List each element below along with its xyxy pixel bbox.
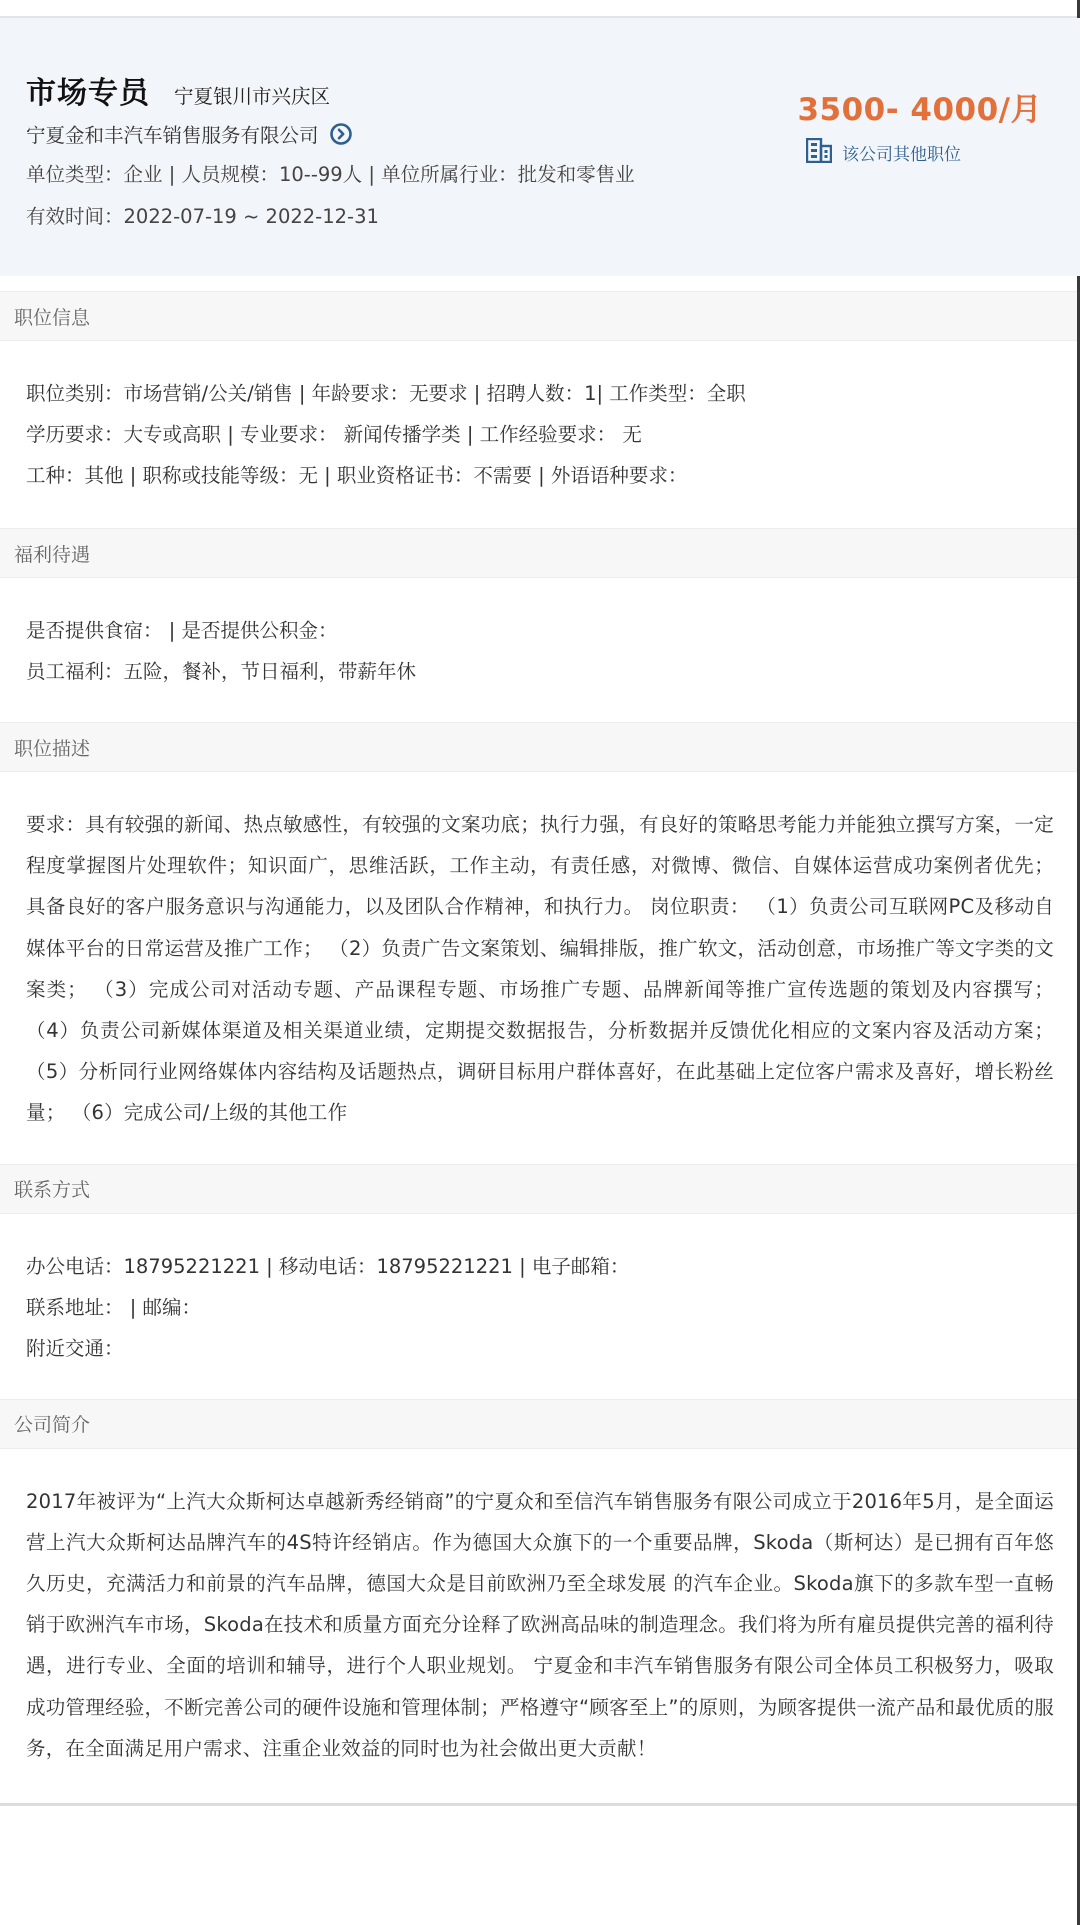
company-intro-text: 2017年被评为“上汽大众斯柯达卓越新秀经销商”的宁夏众和至信汽车销售服务有限公… (26, 1481, 1054, 1769)
company-intro-body: 2017年被评为“上汽大众斯柯达卓越新秀经销商”的宁夏众和至信汽车销售服务有限公… (0, 1449, 1080, 1803)
benefits-line: 员工福利：五险，餐补，节日福利，带薪年休 (26, 651, 1054, 692)
job-info-line: 学历要求：大专或高职 | 专业要求： 新闻传播学类 | 工作经验要求： 无 (26, 414, 1054, 455)
job-info-body: 职位类别：市场营销/公关/销售 | 年龄要求：无要求 | 招聘人数：1| 工作类… (0, 341, 1080, 528)
spacer (0, 276, 1080, 291)
benefits-body: 是否提供食宿： | 是否提供公积金： 员工福利：五险，餐补，节日福利，带薪年休 (0, 578, 1080, 722)
building-icon (806, 138, 832, 167)
section-title: 公司简介 (14, 1410, 90, 1437)
description-body: 要求：具有较强的新闻、热点敏感性，有较强的文案功底；执行力强，有良好的策略思考能… (0, 772, 1080, 1164)
section-title: 福利待遇 (14, 540, 90, 567)
top-strip (0, 0, 1080, 18)
section-header-contact: 联系方式 (0, 1164, 1080, 1214)
section-title: 联系方式 (14, 1175, 90, 1202)
job-info-line: 工种：其他 | 职称或技能等级：无 | 职业资格证书：不需要 | 外语语种要求： (26, 455, 1054, 496)
section-header-company-intro: 公司简介 (0, 1399, 1080, 1449)
bottom-divider (0, 1803, 1080, 1806)
chevron-right-circle-icon[interactable] (329, 122, 353, 146)
section-title: 职位信息 (14, 303, 90, 330)
contact-phone-line: 办公电话：18795221221 | 移动电话：18795221221 | 电子… (26, 1246, 1054, 1287)
job-info-line: 职位类别：市场营销/公关/销售 | 年龄要求：无要求 | 招聘人数：1| 工作类… (26, 373, 1054, 414)
validity-period: 有效时间：2022-07-19 ~ 2022-12-31 (26, 196, 1054, 238)
contact-address-line: 联系地址： | 邮编： (26, 1287, 1054, 1328)
section-title: 职位描述 (14, 734, 90, 761)
other-jobs-label[interactable]: 该公司其他职位 (842, 140, 961, 165)
section-header-job-info: 职位信息 (0, 291, 1080, 341)
salary-range: 3500- 4000/月 (797, 84, 1042, 129)
company-name-link[interactable]: 宁夏金和丰汽车销售服务有限公司 (26, 120, 319, 148)
contact-body: 办公电话：18795221221 | 移动电话：18795221221 | 电子… (0, 1214, 1080, 1399)
other-jobs-button[interactable]: 该公司其他职位 (806, 138, 961, 167)
job-title: 市场专员 (26, 68, 150, 112)
benefits-line: 是否提供食宿： | 是否提供公积金： (26, 610, 1054, 651)
section-header-benefits: 福利待遇 (0, 528, 1080, 578)
contact-transport-line: 附近交通： (26, 1328, 1054, 1369)
job-description-text: 要求：具有较强的新闻、热点敏感性，有较强的文案功底；执行力强，有良好的策略思考能… (26, 804, 1054, 1134)
section-header-description: 职位描述 (0, 722, 1080, 772)
job-location: 宁夏银川市兴庆区 (174, 81, 330, 109)
job-header-card: 市场专员 宁夏银川市兴庆区 宁夏金和丰汽车销售服务有限公司 单位类型：企业 | … (0, 18, 1080, 276)
